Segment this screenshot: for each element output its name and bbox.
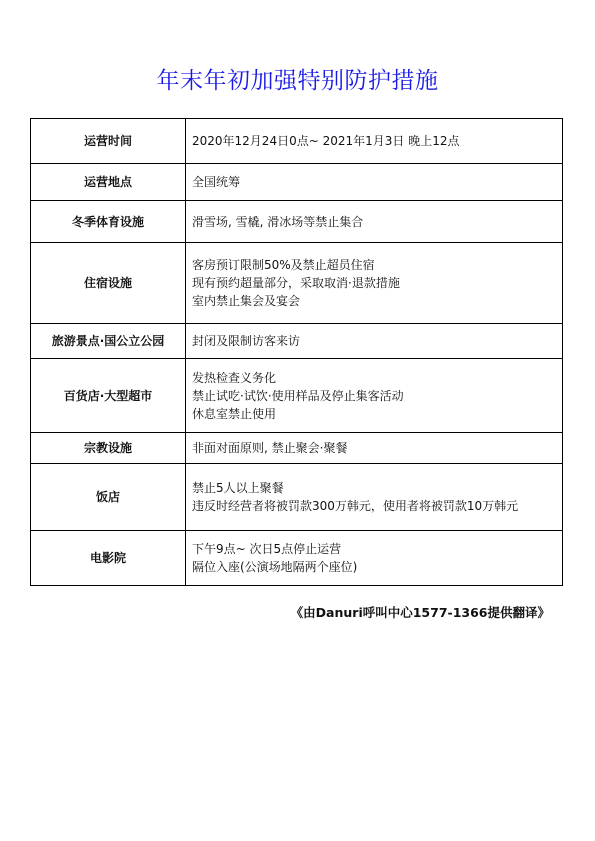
value-line: 全国统筹 [192,173,556,191]
page-title: 年末年初加强特别防护措施 [0,62,595,95]
row-value: 发热检查义务化禁止试吃·试饮·使用样品及停止集客活动休息室禁止使用 [186,359,563,433]
value-line: 非面对面原则, 禁止聚会·聚餐 [192,439,556,457]
table-row: 旅游景点·国公立公园封闭及限制访客来访 [31,324,563,359]
row-value: 下午9点~ 次日5点停止运营隔位入座(公演场地隔两个座位) [186,531,563,586]
value-line: 封闭及限制访客来访 [192,332,556,350]
row-value: 客房预订限制50%及禁止超员住宿现有预约超量部分，采取取消·退款措施室内禁止集会… [186,243,563,324]
measures-table: 运营时间2020年12月24日0点~ 2021年1月3日 晚上12点运营地点全国… [30,118,563,586]
value-line: 禁止5人以上聚餐 [192,479,556,497]
table-row: 饭店禁止5人以上聚餐违反时经营者将被罚款300万韩元，使用者将被罚款10万韩元 [31,464,563,531]
row-label: 运营时间 [31,119,186,164]
value-line: 禁止试吃·试饮·使用样品及停止集客活动 [192,387,556,405]
table-row: 电影院下午9点~ 次日5点停止运营隔位入座(公演场地隔两个座位) [31,531,563,586]
value-line: 现有预约超量部分，采取取消·退款措施 [192,274,556,292]
value-line: 下午9点~ 次日5点停止运营 [192,540,556,558]
row-value: 2020年12月24日0点~ 2021年1月3日 晚上12点 [186,119,563,164]
row-label: 旅游景点·国公立公园 [31,324,186,359]
value-line: 滑雪场, 雪橇, 滑冰场等禁止集合 [192,213,556,231]
value-line: 客房预订限制50%及禁止超员住宿 [192,256,556,274]
table-row: 宗教设施非面对面原则, 禁止聚会·聚餐 [31,433,563,464]
row-value: 全国统筹 [186,164,563,201]
row-label: 运营地点 [31,164,186,201]
translation-credit: 《由Danuri呼叫中心1577-1366提供翻译》 [291,603,550,621]
row-value: 封闭及限制访客来访 [186,324,563,359]
row-label: 电影院 [31,531,186,586]
value-line: 发热检查义务化 [192,369,556,387]
row-label: 住宿设施 [31,243,186,324]
row-value: 滑雪场, 雪橇, 滑冰场等禁止集合 [186,201,563,243]
value-line: 休息室禁止使用 [192,405,556,423]
value-line: 违反时经营者将被罚款300万韩元，使用者将被罚款10万韩元 [192,497,556,515]
row-label: 百货店·大型超市 [31,359,186,433]
table-row: 住宿设施客房预订限制50%及禁止超员住宿现有预约超量部分，采取取消·退款措施室内… [31,243,563,324]
value-line: 室内禁止集会及宴会 [192,292,556,310]
row-label: 饭店 [31,464,186,531]
row-value: 禁止5人以上聚餐违反时经营者将被罚款300万韩元，使用者将被罚款10万韩元 [186,464,563,531]
row-value: 非面对面原则, 禁止聚会·聚餐 [186,433,563,464]
table-row: 百货店·大型超市发热检查义务化禁止试吃·试饮·使用样品及停止集客活动休息室禁止使… [31,359,563,433]
table-row: 运营时间2020年12月24日0点~ 2021年1月3日 晚上12点 [31,119,563,164]
row-label: 宗教设施 [31,433,186,464]
value-line: 2020年12月24日0点~ 2021年1月3日 晚上12点 [192,132,556,150]
value-line: 隔位入座(公演场地隔两个座位) [192,558,556,576]
table-row: 冬季体育设施滑雪场, 雪橇, 滑冰场等禁止集合 [31,201,563,243]
table-row: 运营地点全国统筹 [31,164,563,201]
row-label: 冬季体育设施 [31,201,186,243]
